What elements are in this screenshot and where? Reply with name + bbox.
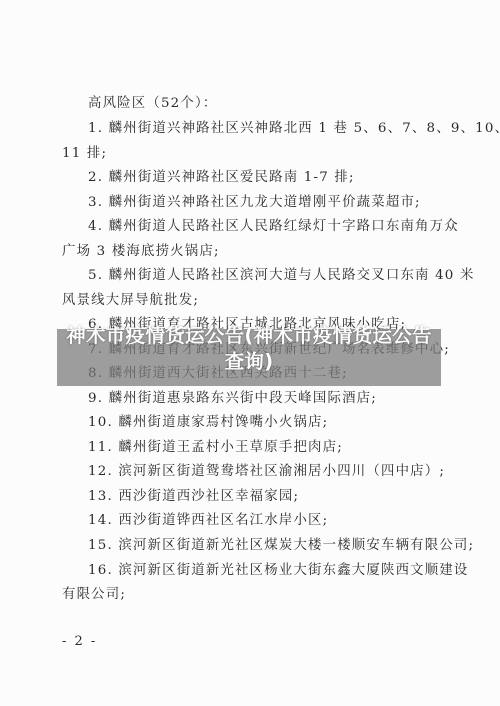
overlay-title: 神木市疫情货运公告(神木市疫情货运公告查询) — [57, 323, 441, 375]
list-item-12: 12. 滨河新区街道鸳鸯塔社区渝湘居小四川（四中店）; — [88, 464, 445, 480]
list-item-14: 14. 西沙街道铧西社区名江水岸小区; — [88, 513, 328, 529]
list-item-16: 16. 滨河新区街道新光社区杨业大街东鑫大厦陕西文顺建设 — [88, 563, 469, 579]
list-item-15: 15. 滨河新区街道新光社区煤炭大楼一楼顺安车辆有限公司; — [88, 538, 474, 554]
list-item-13: 13. 西沙街道西沙社区幸福家园; — [88, 489, 299, 505]
list-item-1: 1. 麟州街道兴神路社区兴神路北西 1 巷 5、6、7、8、9、10、 — [88, 121, 500, 137]
section-heading: 高风险区（52个）： — [88, 96, 217, 112]
list-item-3: 3. 麟州街道兴神路社区九龙大道增刚平价蔬菜超市; — [88, 195, 421, 211]
list-item-4-cont: 广场 3 楼海底捞火锅店; — [62, 244, 220, 260]
list-item-1-cont: 11 排; — [62, 146, 107, 162]
list-item-5-cont: 风景线大屏导航批发; — [62, 293, 199, 309]
list-item-4: 4. 麟州街道人民路社区人民路红绿灯十字路口东南角万众 — [88, 219, 459, 235]
list-item-11: 11. 麟州街道王孟村小王草原手把肉店; — [88, 440, 343, 456]
list-item-16-cont: 有限公司; — [62, 587, 126, 603]
list-item-5: 5. 麟州街道人民路社区滨河大道与人民路交叉口东南 40 米 — [88, 268, 475, 284]
page-number: - 2 - — [62, 634, 97, 649]
list-item-9: 9. 麟州街道惠泉路东兴街中段天峰国际酒店; — [88, 391, 377, 407]
list-item-2: 2. 麟州街道兴神路社区爱民路南 1-7 排; — [88, 170, 355, 186]
list-item-10: 10. 麟州街道康家焉村馋嘴小火锅店; — [88, 415, 328, 431]
